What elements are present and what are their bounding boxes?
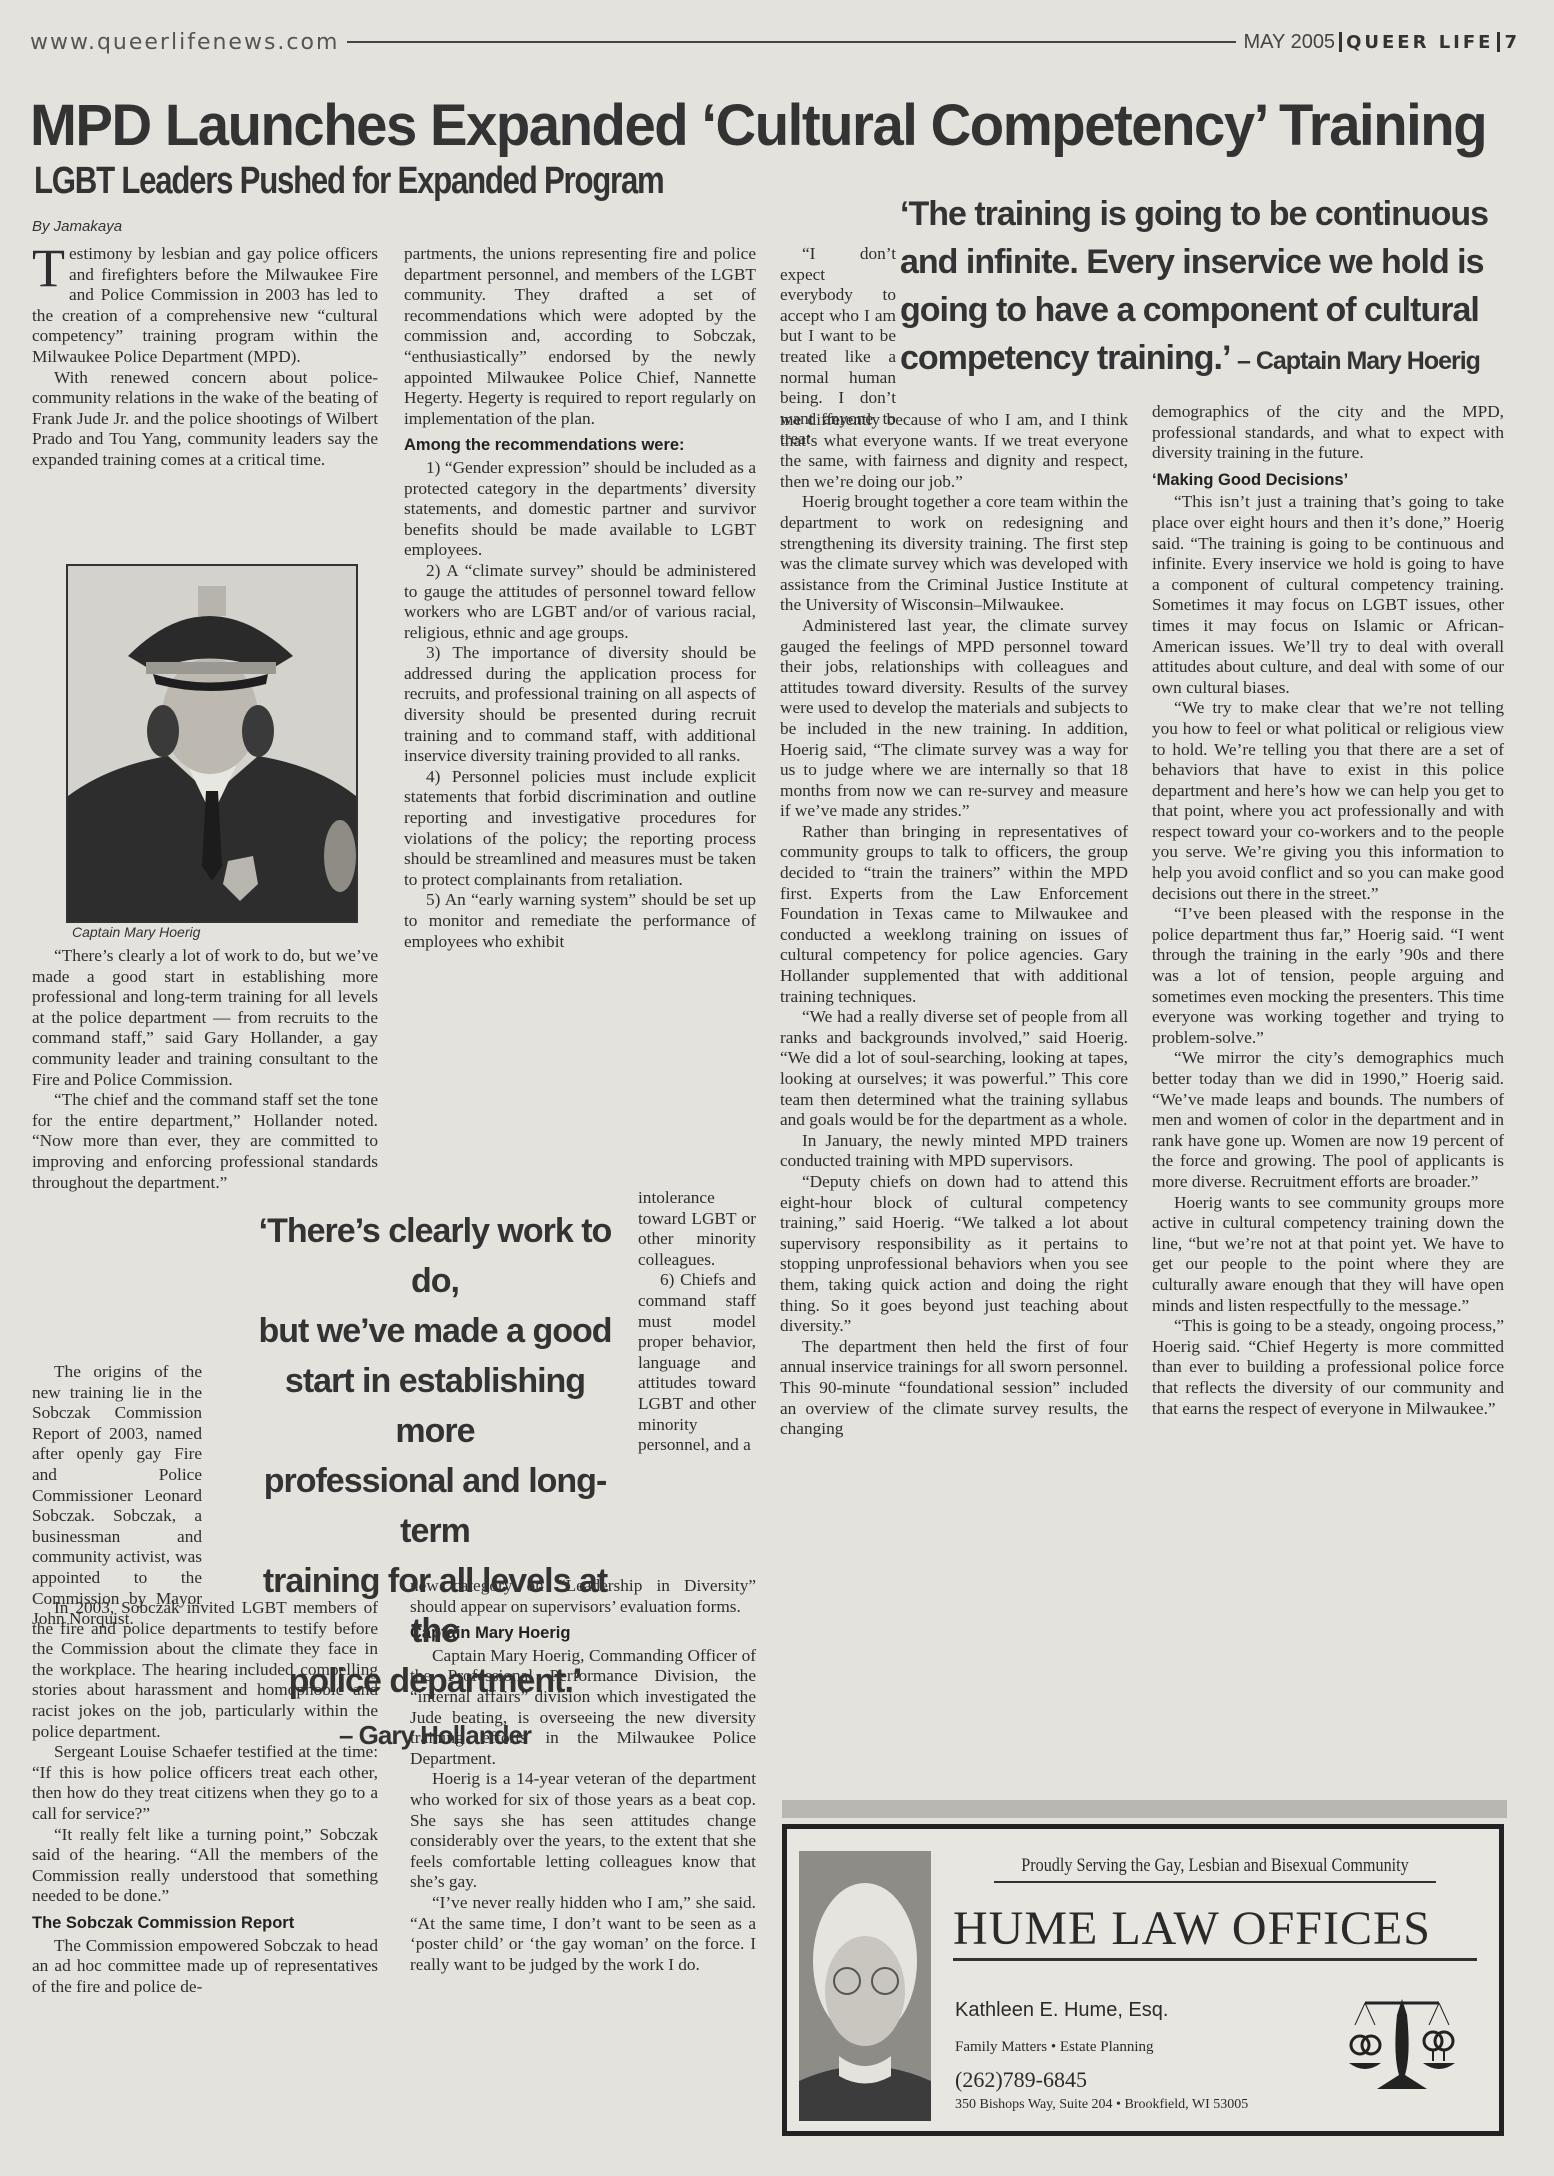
pull-quote-line: and infinite. Every inservice we hold is: [900, 238, 1520, 286]
paragraph: intolerance toward LGBT or other minorit…: [638, 1188, 756, 1270]
recommendation-1: 1) “Gender expression” should be include…: [404, 458, 756, 561]
paragraph: “The chief and the command staff set the…: [32, 1090, 378, 1193]
headline: MPD Launches Expanded ‘Cultural Competen…: [30, 92, 1485, 159]
section-subhead: Among the recommendations were:: [404, 435, 756, 456]
drop-cap: T: [32, 246, 65, 290]
header-rule: [347, 41, 1235, 43]
ad-firm-name: HUME LAW OFFICES: [953, 1901, 1477, 1961]
column-1-middle: “There’s clearly a lot of work to do, bu…: [32, 946, 378, 1193]
recommendation-4: 4) Personnel policies must include expli…: [404, 767, 756, 891]
ad-phone: (262)789-6845: [955, 2067, 1087, 2093]
recommendation-3: 3) The importance of diversity should be…: [404, 643, 756, 767]
ad-divider-stripe: [782, 1800, 1507, 1818]
paragraph: The Commission empowered Sobczak to head…: [32, 1936, 378, 1998]
paragraph: demographics of the city and the MPD, pr…: [1152, 402, 1504, 464]
paragraph: “I’ve been pleased with the response in …: [1152, 904, 1504, 1048]
paragraph: In January, the newly minted MPD trainer…: [780, 1131, 1128, 1172]
pull-quote-attribution: – Captain Mary Hoerig: [1237, 347, 1480, 375]
paragraph: me differently because of who I am, and …: [780, 410, 1128, 492]
paragraph: “We mirror the city’s demographics much …: [1152, 1048, 1504, 1192]
separator: [1339, 32, 1342, 52]
pull-quote-line: professional and long-term: [244, 1456, 626, 1556]
column-1-narrow: The origins of the new training lie in t…: [32, 1362, 202, 1630]
recommendation-6: 6) Chiefs and command staff must model p…: [638, 1270, 756, 1455]
column-2-top: partments, the unions representing fire …: [404, 244, 756, 952]
issue-date: MAY 2005: [1244, 31, 1336, 54]
pull-quote-line: ‘There’s clearly work to do,: [244, 1206, 626, 1306]
paragraph: “This isn’t just a training that’s going…: [1152, 492, 1504, 698]
hume-law-advertisement: Proudly Serving the Gay, Lesbian and Bis…: [782, 1824, 1504, 2136]
pull-quote-hollander: ‘There’s clearly work to do, but we’ve m…: [244, 1206, 626, 1760]
paragraph: “There’s clearly a lot of work to do, bu…: [32, 946, 378, 1090]
column-1-top: Testimony by lesbian and gay police offi…: [32, 244, 378, 471]
pull-quote-attribution: – Gary Hollander: [244, 1710, 626, 1760]
photo-captain-mary-hoerig: [66, 564, 358, 923]
section-subhead: ‘Making Good Decisions’: [1152, 470, 1504, 491]
pull-quote-line: training for all levels at the: [244, 1556, 626, 1656]
scales-of-justice-icon: [1347, 1995, 1457, 2095]
paragraph: Hoerig brought together a core team with…: [780, 492, 1128, 616]
page-number: 7: [1504, 32, 1520, 53]
pull-quote-hoerig: ‘The training is going to be continuous …: [900, 190, 1520, 385]
separator: [1497, 32, 1500, 52]
paragraph: “This is going to be a steady, ongoing p…: [1152, 1316, 1504, 1419]
pull-quote-line: start in establishing more: [244, 1356, 626, 1456]
paragraph: Hoerig wants to see community groups mor…: [1152, 1193, 1504, 1317]
paragraph: The department then held the first of fo…: [780, 1337, 1128, 1440]
paragraph: partments, the unions representing fire …: [404, 244, 756, 429]
column-4: demographics of the city and the MPD, pr…: [1152, 402, 1504, 1419]
pull-quote-line: ‘The training is going to be continuous: [900, 190, 1520, 238]
column-2-narrow: intolerance toward LGBT or other minorit…: [638, 1188, 756, 1456]
paragraph: Testimony by lesbian and gay police offi…: [32, 244, 378, 368]
ad-services: Family Matters • Estate Planning: [955, 2039, 1154, 2056]
paragraph: “We try to make clear that we’re not tel…: [1152, 698, 1504, 904]
pull-quote-line: police department.’: [244, 1656, 626, 1706]
pull-quote-line: but we’ve made a good: [244, 1306, 626, 1356]
recommendation-2: 2) A “climate survey” should be administ…: [404, 561, 756, 643]
pull-quote-line: competency training.’: [900, 339, 1229, 377]
paragraph: Hoerig is a 14-year veteran of the depar…: [410, 1769, 756, 1893]
paragraph: “Deputy chiefs on down had to attend thi…: [780, 1172, 1128, 1337]
site-url: www.queerlifenews.com: [30, 30, 339, 55]
page-header: www.queerlifenews.com MAY 2005 QUEER LIF…: [30, 22, 1520, 62]
portrait-image: [68, 566, 356, 921]
publication-name: QUEER LIFE: [1346, 32, 1493, 53]
column-3: me differently because of who I am, and …: [780, 410, 1128, 1440]
pull-quote-line: going to have a component of cultural: [900, 286, 1520, 334]
paragraph: “We had a really diverse set of people f…: [780, 1007, 1128, 1131]
paragraph: With renewed concern about police-commun…: [32, 368, 378, 471]
section-subhead: The Sobczak Commission Report: [32, 1913, 378, 1934]
paragraph: “It really felt like a turning point,” S…: [32, 1825, 378, 1907]
byline: By Jamakaya: [32, 218, 122, 235]
ad-attorney-name: Kathleen E. Hume, Esq.: [955, 1999, 1168, 2022]
ad-address: 350 Bishops Way, Suite 204 • Brookfield,…: [955, 2097, 1248, 2113]
subheadline: LGBT Leaders Pushed for Expanded Program: [34, 160, 664, 203]
attorney-photo: [799, 1851, 931, 2121]
paragraph: Administered last year, the climate surv…: [780, 616, 1128, 822]
paragraph: Rather than bringing in representatives …: [780, 822, 1128, 1007]
paragraph: The origins of the new training lie in t…: [32, 1362, 202, 1630]
ad-tagline: Proudly Serving the Gay, Lesbian and Bis…: [994, 1855, 1436, 1883]
recommendation-5: 5) An “early warning system” should be s…: [404, 890, 756, 952]
photo-caption: Captain Mary Hoerig: [72, 924, 200, 940]
paragraph: “I’ve never really hidden who I am,” she…: [410, 1893, 756, 1975]
